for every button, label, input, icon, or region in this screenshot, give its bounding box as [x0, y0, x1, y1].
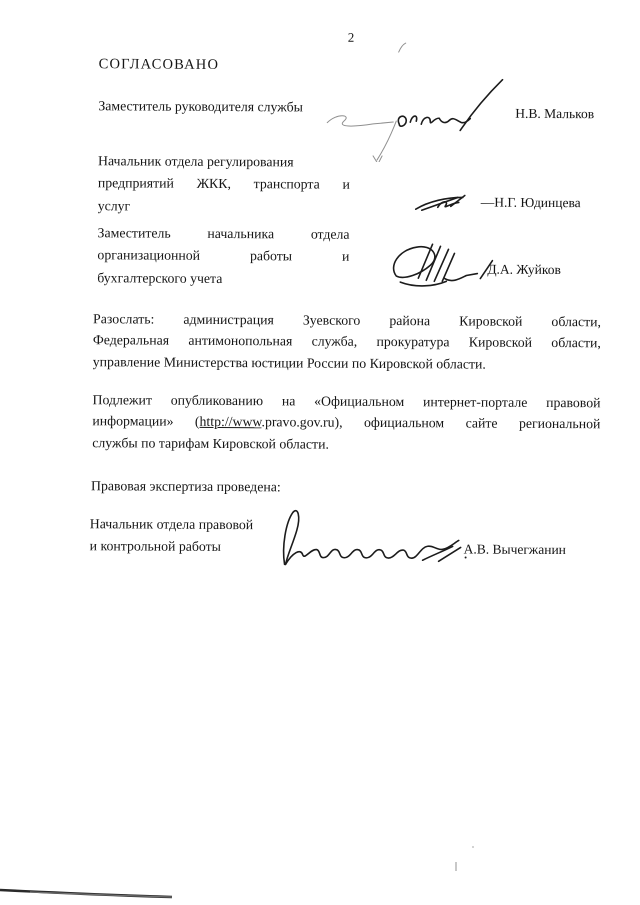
signatory3-title: Заместитель начальника отдела организаци…	[97, 222, 349, 291]
scan-speck-dot	[472, 846, 474, 848]
scan-speck-tick	[455, 862, 457, 871]
signature-vychegzhanin	[271, 504, 471, 573]
signature-zhuykov	[382, 236, 504, 295]
signature-malkov	[321, 40, 512, 163]
bottom-scan-line	[0, 886, 180, 900]
signatory3-title-line1: Заместитель начальника отдела	[98, 222, 350, 246]
signatory2-title-line3: услуг	[98, 195, 350, 219]
signatory2-title-line2: предприятий ЖКК, транспорта и	[98, 173, 350, 197]
signatory3-title-line3: бухгалтерского учета	[97, 267, 349, 291]
publication-line1: Подлежит опубликованию на «Официальном и…	[92, 389, 600, 414]
signatory3-title-line2: организационной работы и	[97, 245, 349, 269]
signatory2-name: —Н.Г. Юдинцева	[481, 195, 581, 212]
distribution-line2: Федеральная антимонопольная служба, прок…	[93, 330, 601, 355]
publication-line2: информации» (http://www.pravo.gov.ru), о…	[92, 411, 600, 436]
legal-review-heading: Правовая экспертиза проведена:	[91, 475, 281, 499]
signatory4-title-line1: Начальник отдела правовой	[90, 513, 290, 537]
signatory2-title: Начальник отдела регулирования предприят…	[98, 150, 350, 219]
distribution-line1: Разослать: администрация Зуевского район…	[93, 308, 601, 333]
publication-paragraph: Подлежит опубликованию на «Официальном и…	[92, 389, 600, 456]
distribution-paragraph: Разослать: администрация Зуевского район…	[93, 308, 601, 375]
publication-line2-pre: информации» (	[92, 414, 199, 430]
signatory4-title: Начальник отдела правовой и контрольной …	[90, 513, 290, 559]
signatory1-title: Заместитель руководителя службы	[98, 95, 303, 119]
document-content: 2 СОГЛАСОВАНО Заместитель руководителя с…	[0, 0, 640, 905]
publication-url: http://www	[200, 414, 262, 429]
signatory1-name: Н.В. Мальков	[515, 106, 594, 122]
scanned-document-page: 2 СОГЛАСОВАНО Заместитель руководителя с…	[0, 0, 640, 905]
signatory4-title-line2: и контрольной работы	[90, 536, 290, 560]
signature-yudintseva	[413, 190, 475, 216]
publication-line3: службы по тарифам Кировской области.	[92, 432, 600, 457]
signatory2-title-line1: Начальник отдела регулирования	[98, 150, 350, 174]
publication-line2-post: .pravo.gov.ru), официальном сайте регион…	[261, 415, 600, 432]
signatory3-name: Д.А. Жуйков	[487, 262, 561, 278]
distribution-line3: управление Министерства юстиции России п…	[93, 351, 601, 376]
signatory4-name: А.В. Вычегжанин	[464, 541, 566, 558]
approved-heading: СОГЛАСОВАНО	[99, 56, 220, 74]
